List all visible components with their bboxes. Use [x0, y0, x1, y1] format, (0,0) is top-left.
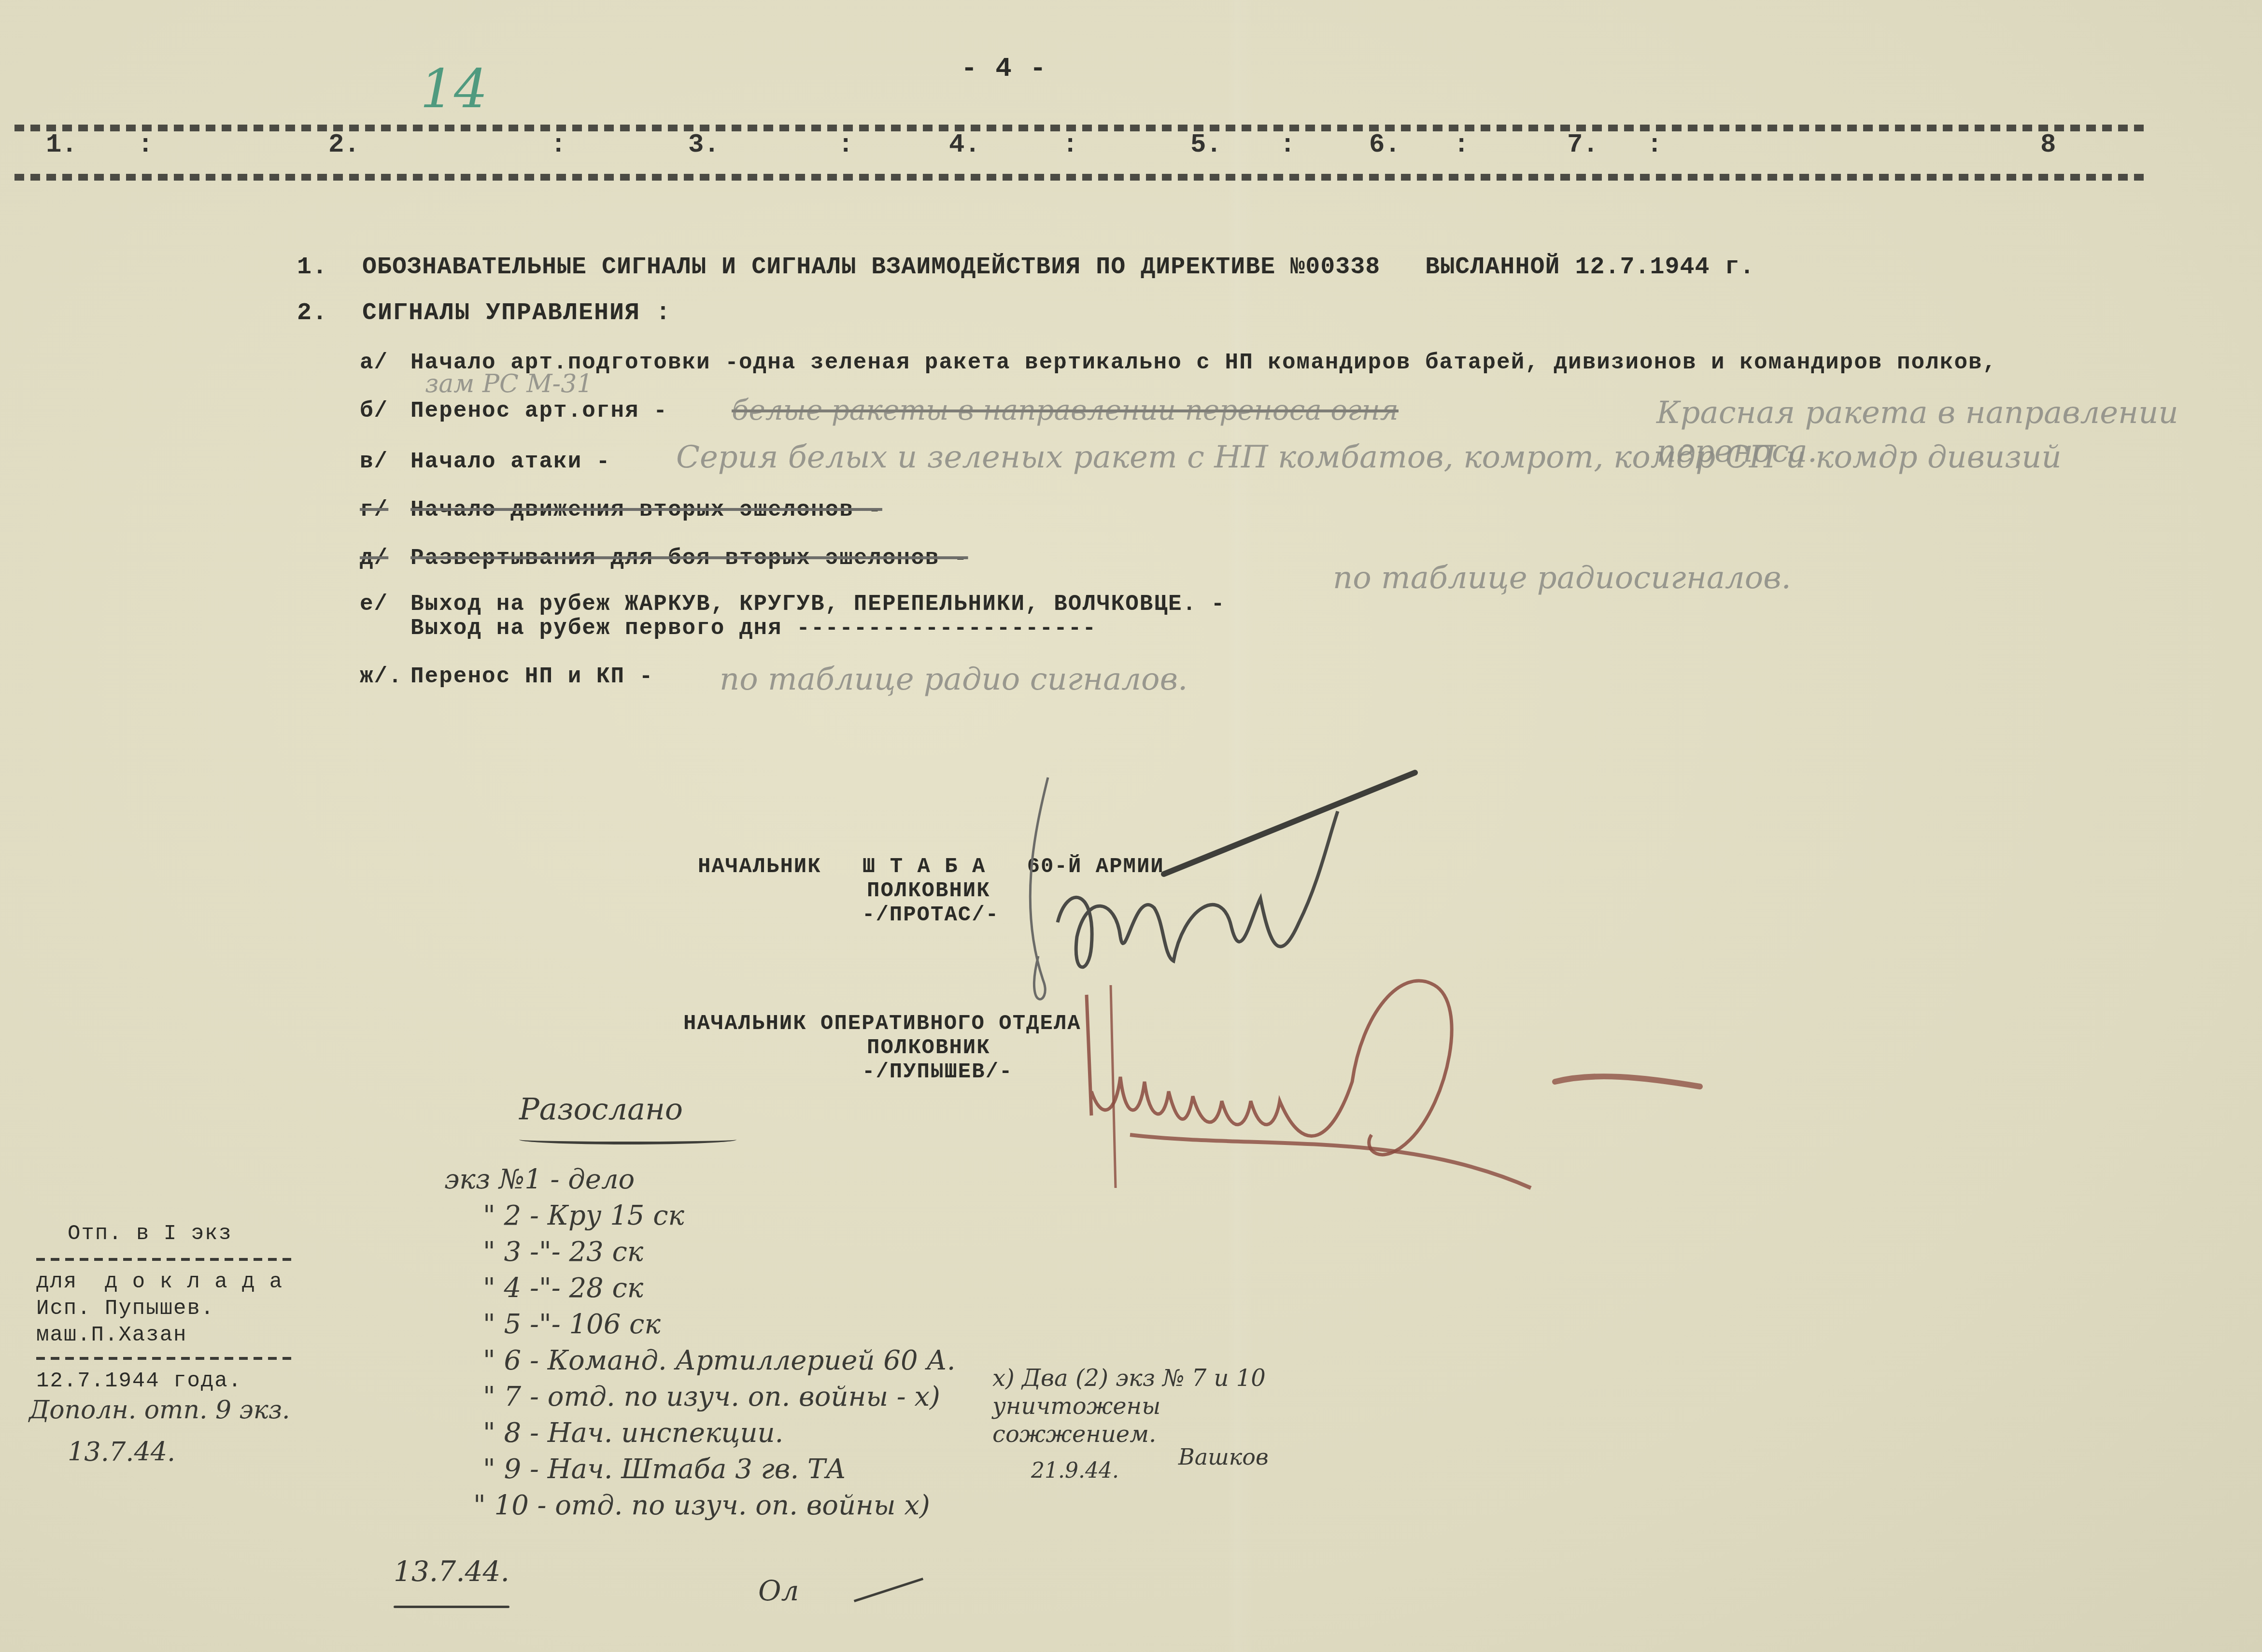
signal-e-label-line2: Выход на рубеж первого дня -------------…: [410, 616, 1097, 641]
col-5: 5.: [1190, 130, 1222, 160]
signal-e-handwritten: по таблице радиосигналов.: [1333, 560, 1791, 596]
signature-1-name: -/ПРОТАС/-: [862, 903, 999, 927]
footnote-signature: Вашков: [1178, 1444, 1269, 1470]
col-sep: :: [1062, 130, 1078, 160]
distribution-heading: Разослано: [519, 1091, 683, 1127]
signal-v-label: Начало атаки -: [410, 449, 610, 474]
bottom-initials: Ол: [758, 1574, 799, 1607]
signal-g-label: Начало движения вторых эшелонов -: [410, 497, 882, 522]
col-1: 1.: [46, 130, 77, 160]
distribution-heading-underline: [519, 1135, 736, 1144]
section-2-number: 2.: [297, 299, 328, 327]
bottom-date-underline: [394, 1606, 509, 1608]
signal-v-handwritten: Серия белых и зеленых ракет с НП комбато…: [676, 439, 2062, 475]
left-copy-count: Отп. в I экз: [68, 1222, 232, 1246]
signature-2-rank: ПОЛКОВНИК: [867, 1036, 990, 1060]
page-number: - 4 -: [961, 53, 1047, 84]
distribution-item: " 7 - отд. по изуч. оп. войны - х): [483, 1381, 940, 1412]
signature-2-name: -/ПУПЫШЕВ/-: [862, 1060, 1013, 1084]
footnote-date: 21.9.44.: [1031, 1458, 1119, 1483]
signal-d-label: Развертывания для боя вторых эшелонов -: [410, 546, 968, 571]
distribution-item: " 6 - Команд. Артиллерией 60 А.: [483, 1345, 956, 1376]
signature-pupyshev-icon: [1062, 956, 1835, 1227]
col-sep: :: [1280, 130, 1295, 160]
header-rule-bottom: [14, 174, 2149, 181]
left-executor: Исп. Пупышев.: [36, 1297, 214, 1321]
signal-b-letter: б/: [360, 398, 388, 424]
signal-a-letter: а/: [360, 350, 388, 375]
left-rule-2: [36, 1357, 292, 1360]
signal-zh-letter: ж/.: [360, 664, 403, 689]
col-8: 8: [2040, 130, 2056, 160]
distribution-item: " 10 - отд. по изуч. оп. войны х): [473, 1490, 930, 1521]
signal-g-letter: г/: [360, 497, 388, 522]
distribution-item: " 5 -"- 106 ск: [483, 1309, 661, 1340]
col-3: 3.: [688, 130, 720, 160]
signal-b-annotation: зам РС М-31: [425, 369, 593, 398]
bottom-date: 13.7.44.: [394, 1555, 509, 1588]
left-date: 12.7.1944 года.: [36, 1369, 242, 1393]
distribution-item: " 9 - Нач. Штаба 3 гв. ТА: [483, 1454, 846, 1485]
col-6: 6.: [1369, 130, 1400, 160]
col-4: 4.: [949, 130, 980, 160]
distribution-item: " 3 -"- 23 ск: [483, 1236, 643, 1268]
signature-1-rank: ПОЛКОВНИК: [867, 879, 990, 903]
signal-zh-handwritten: по таблице радио сигналов.: [720, 662, 1188, 697]
left-handwritten-date: 13.7.44.: [68, 1437, 175, 1467]
signal-zh-label: Перенос НП и КП -: [410, 664, 653, 689]
col-sep: :: [838, 130, 853, 160]
section-1-text: ОБОЗНАВАТЕЛЬНЫЕ СИГНАЛЫ И СИГНАЛЫ ВЗАИМО…: [362, 254, 1754, 281]
col-2: 2.: [328, 130, 360, 160]
left-handwritten-note: Дополн. отп. 9 экз.: [29, 1396, 290, 1425]
distribution-footnote: х) Два (2) экз № 7 и 10 уничтожены сожже…: [992, 1364, 1306, 1448]
left-for-report: для д о к л а д а: [36, 1270, 283, 1294]
distribution-item: " 4 -"- 28 ск: [483, 1272, 643, 1304]
col-sep: :: [1454, 130, 1469, 160]
distribution-item: " 2 - Кру 15 ск: [483, 1200, 684, 1231]
col-sep: :: [138, 130, 153, 160]
col-sep: :: [551, 130, 566, 160]
col-sep: :: [1647, 130, 1662, 160]
signal-d-letter: д/: [360, 546, 388, 571]
distribution-item: экз №1 - дело: [444, 1164, 635, 1195]
section-2-text: СИГНАЛЫ УПРАВЛЕНИЯ :: [362, 299, 671, 327]
signal-b-label: Перенос арт.огня -: [410, 398, 668, 424]
section-1-number: 1.: [297, 254, 328, 281]
distribution-item: " 8 - Нач. инспекции.: [483, 1417, 783, 1449]
signal-a-value: одна зеленая ракета вертикально с НП ком…: [739, 350, 1997, 375]
signal-e-letter: е/: [360, 592, 388, 617]
left-typist: маш.П.Хазан: [36, 1323, 187, 1347]
signal-v-letter: в/: [360, 449, 388, 474]
signal-e-label: Выход на рубеж ЖАРКУВ, КРУГУВ, ПЕРЕПЕЛЬН…: [410, 592, 1225, 617]
signature-2-title: НАЧАЛЬНИК ОПЕРАТИВНОГО ОТДЕЛА: [683, 1012, 1081, 1036]
archive-folio-number: 14: [420, 58, 488, 120]
col-7: 7.: [1567, 130, 1598, 160]
signal-b-struck-text: белые ракеты в направлении переноса огня: [732, 394, 1399, 426]
left-rule-1: [36, 1258, 292, 1261]
